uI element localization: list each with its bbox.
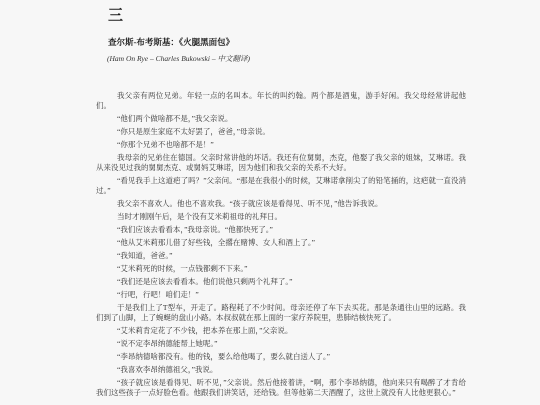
paragraph: 当时才刚刚午后，是个没有艾米莉祖母的礼拜日。 [96,212,466,222]
paragraph: 我父亲不喜欢人。他也不喜欢我。“孩子就应该是看得见、听不见，”他告诉我说。 [96,199,466,209]
paragraph: “我喜欢李昂纳德祖父，”我说。 [96,365,466,375]
document-page: 三 查尔斯-布考斯基：《火腿黑面包》 (Ham On Rye – Charles… [0,0,540,405]
paragraph: “行吧，行吧！咱们走！” [96,290,466,300]
paragraph: “你只是原生家庭不太好罢了，爸爸，”母亲说。 [96,127,466,137]
paragraph: “你那个兄弟不也啥都不是！” [96,140,466,150]
paragraph: “艾米莉死的时候，一点钱都剩不下来。” [96,264,466,274]
paragraph: “他从艾米莉那儿借了好些钱，全撂在赌博、女人和酒上了。” [96,238,466,248]
paragraph: “他们两个做啥都不是，”我父亲说。 [96,114,466,124]
paragraph: “我知道，爸爸。” [96,251,466,261]
paragraph: 我母亲的兄弟住在德国。父亲时常讲他的坏话。我还有位舅舅，杰克，他娶了我父亲的姐妹… [96,153,466,173]
paragraph: “艾米莉肯定花了不少钱，把本养在那上面，”父亲说。 [96,326,466,336]
paragraph: 于是我们上了T型车，开走了。路程耗了不少时间。母亲还停了车下去买花。那是条通往山… [96,303,466,323]
paragraph: “孩子就应该是看得见、听不见，”父亲说。然后他接着讲，“啊，那个李昂纳德，他向来… [96,378,466,398]
paragraph: “我们还是应该去看看本。他们说他只剩两个礼拜了。” [96,277,466,287]
paragraph: “我们应该去看看本，”我母亲说。“他都快死了。” [96,225,466,235]
document-subtitle: (Ham On Rye – Charles Bukowski – 中文翻译) [107,54,466,64]
paragraph: “看见我手上这道疤了吗？”父亲问。“那是在我很小的时候，艾琳诺拿削尖了的铅笔捅的… [96,176,466,196]
paragraph: “李昂纳德啥都没有。他的钱，要么给他喝了，要么就白送人了。” [96,352,466,362]
section-number: 三 [108,8,466,25]
document-title: 查尔斯-布考斯基：《火腿黑面包》 [108,37,466,47]
document-body: 我父亲有两位兄弟。年轻一点的名叫本。年长的叫约翰。两个都是酒鬼，游手好闲。我父母… [96,91,466,398]
paragraph: 我父亲有两位兄弟。年轻一点的名叫本。年长的叫约翰。两个都是酒鬼，游手好闲。我父母… [96,91,466,111]
paragraph: “说不定李昂纳德能帮上她呢。” [96,339,466,349]
